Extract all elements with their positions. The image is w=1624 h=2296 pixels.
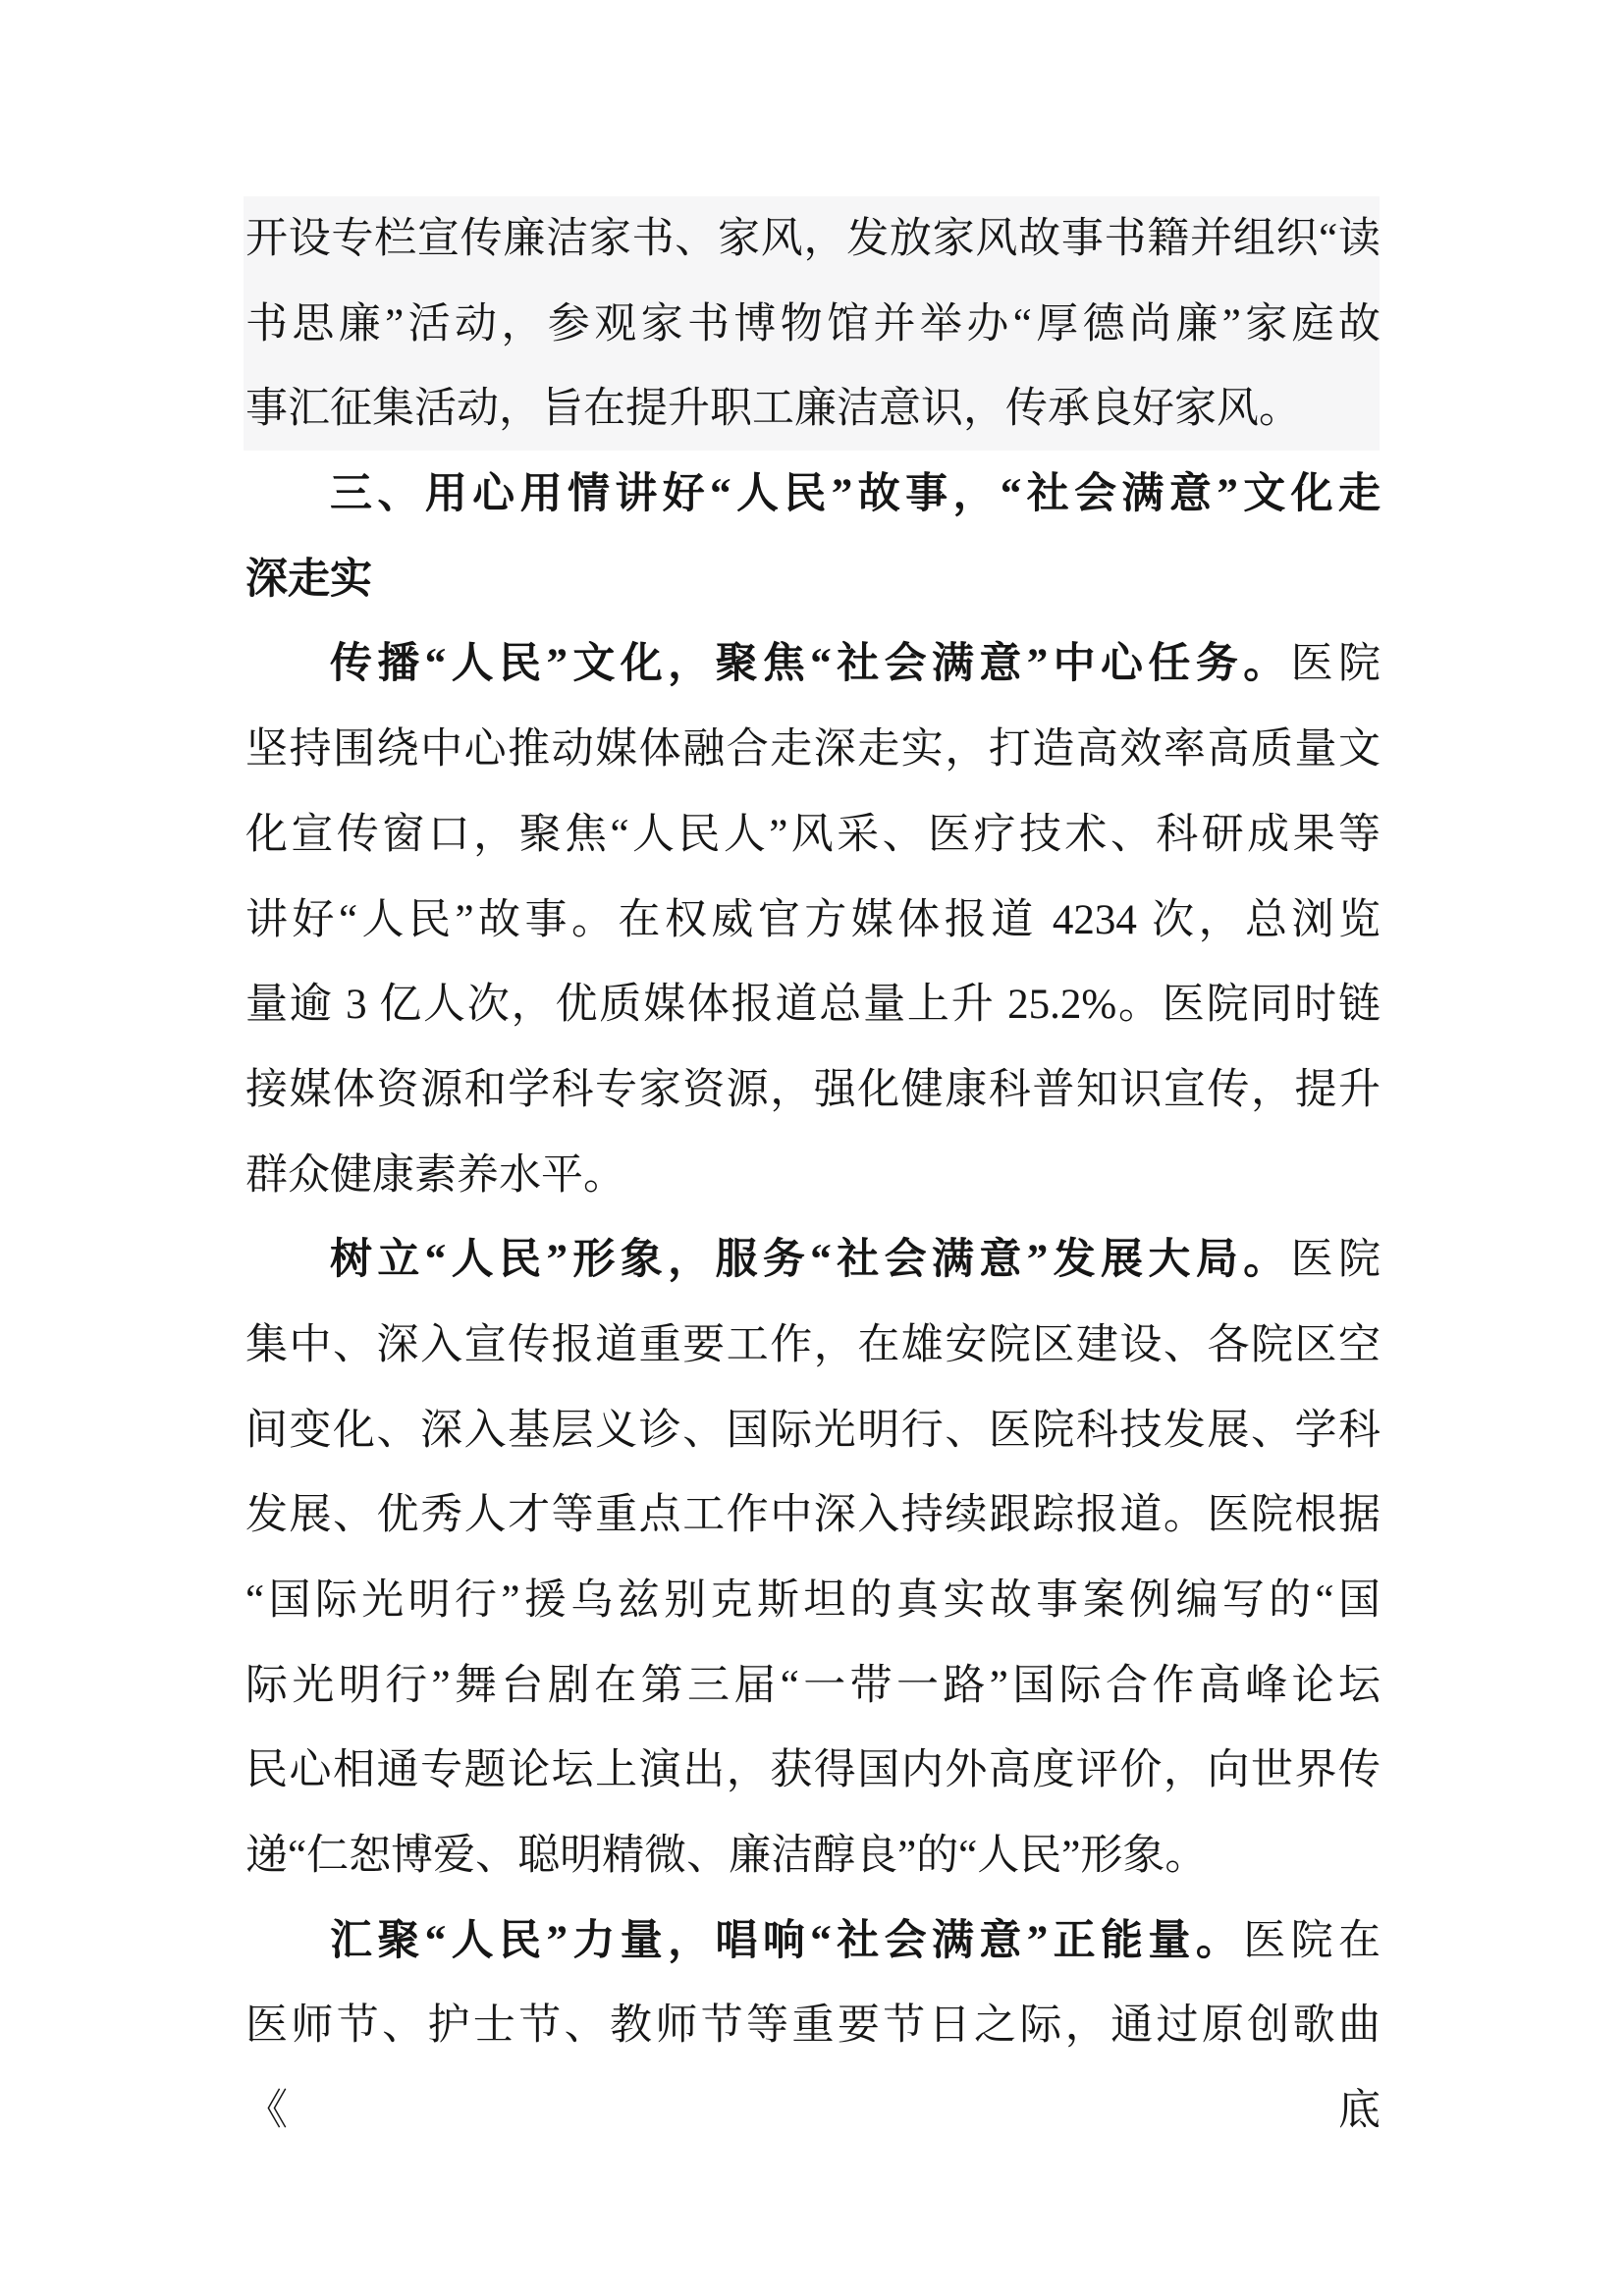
text-line: 坚持围绕中心推动媒体融合走深走实，打造高效率高质量文 bbox=[245, 708, 1380, 793]
text-line: 医师节、护士节、教师节等重要节日之际，通过原创歌曲《底 bbox=[245, 1984, 1380, 2069]
text-run: 民心相通专题论坛上演出，获得国内外高度评价，向世界传 bbox=[245, 1747, 1380, 1793]
text-run-bold: 树立“人民”形象，服务“社会满意”发展大局。 bbox=[330, 1237, 1291, 1283]
text-line: 事汇征集活动，旨在提升职工廉洁意识，传承良好家风。 bbox=[245, 367, 1380, 453]
text-line: 深走实 bbox=[245, 538, 1380, 623]
text-run-bold: 深走实 bbox=[245, 557, 372, 603]
text-run-bold: 汇聚“人民”力量，唱响“社会满意”正能量。 bbox=[330, 1918, 1243, 1964]
text-line: “国际光明行”援乌兹别克斯坦的真实故事案例编写的“国 bbox=[245, 1559, 1380, 1644]
text-run: 坚持围绕中心推动媒体融合走深走实，打造高效率高质量文 bbox=[245, 726, 1380, 773]
text-line: 树立“人民”形象，服务“社会满意”发展大局。医院 bbox=[245, 1218, 1380, 1304]
text-run: 医院 bbox=[1291, 1237, 1380, 1283]
text-line: 间变化、深入基层义诊、国际光明行、医院科技发展、学科 bbox=[245, 1389, 1380, 1474]
text-run: 量逾 3 亿人次，优质媒体报道总量上升 25.2%。医院同时链 bbox=[245, 982, 1380, 1028]
text-run-bold: 传播“人民”文化，聚焦“社会满意”中心任务。 bbox=[330, 641, 1291, 687]
text-line: 开设专栏宣传廉洁家书、家风，发放家风故事书籍并组织“读 bbox=[245, 197, 1380, 283]
text-line: 民心相通专题论坛上演出，获得国内外高度评价，向世界传 bbox=[245, 1729, 1380, 1814]
text-run: 讲好“人民”故事。在权威官方媒体报道 4234 次，总浏览 bbox=[245, 897, 1380, 943]
text-run: 化宣传窗口，聚焦“人民人”风采、医疗技术、科研成果等 bbox=[245, 812, 1380, 858]
text-run: 医院在 bbox=[1243, 1918, 1380, 1964]
text-run: 间变化、深入基层义诊、国际光明行、医院科技发展、学科 bbox=[245, 1408, 1380, 1454]
text-line: 书思廉”活动，参观家书博物馆并举办“厚德尚廉”家庭故 bbox=[245, 283, 1380, 368]
document-page: 开设专栏宣传廉洁家书、家风，发放家风故事书籍并组织“读书思廉”活动，参观家书博物… bbox=[0, 0, 1624, 2296]
document-body: 开设专栏宣传廉洁家书、家风，发放家风故事书籍并组织“读书思廉”活动，参观家书博物… bbox=[245, 197, 1380, 2069]
text-line: 传播“人民”文化，聚焦“社会满意”中心任务。医院 bbox=[245, 622, 1380, 708]
text-line: 接媒体资源和学科专家资源，强化健康科普知识宣传，提升 bbox=[245, 1048, 1380, 1134]
text-run: 医师节、护士节、教师节等重要节日之际，通过原创歌曲《底 bbox=[245, 2002, 1380, 2134]
text-run: 事汇征集活动，旨在提升职工廉洁意识，传承良好家风。 bbox=[245, 386, 1301, 432]
text-run: 书思廉”活动，参观家书博物馆并举办“厚德尚廉”家庭故 bbox=[245, 301, 1380, 347]
text-run: “国际光明行”援乌兹别克斯坦的真实故事案例编写的“国 bbox=[245, 1577, 1380, 1624]
text-line: 递“仁恕博爱、聪明精微、廉洁醇良”的“人民”形象。 bbox=[245, 1814, 1380, 1899]
text-run: 际光明行”舞台剧在第三届“一带一路”国际合作高峰论坛 bbox=[245, 1663, 1380, 1709]
text-line: 集中、深入宣传报道重要工作，在雄安院区建设、各院区空 bbox=[245, 1304, 1380, 1389]
text-run: 接媒体资源和学科专家资源，强化健康科普知识宣传，提升 bbox=[245, 1067, 1380, 1113]
text-run: 递“仁恕博爱、聪明精微、廉洁醇良”的“人民”形象。 bbox=[245, 1833, 1207, 1879]
text-line: 汇聚“人民”力量，唱响“社会满意”正能量。医院在 bbox=[245, 1899, 1380, 1985]
text-run: 发展、优秀人才等重点工作中深入持续跟踪报道。医院根据 bbox=[245, 1492, 1380, 1538]
text-line: 三、用心用情讲好“人民”故事，“社会满意”文化走 bbox=[245, 453, 1380, 538]
text-line: 讲好“人民”故事。在权威官方媒体报道 4234 次，总浏览 bbox=[245, 879, 1380, 964]
text-line: 化宣传窗口，聚焦“人民人”风采、医疗技术、科研成果等 bbox=[245, 793, 1380, 879]
text-line: 发展、优秀人才等重点工作中深入持续跟踪报道。医院根据 bbox=[245, 1473, 1380, 1559]
text-run: 群众健康素养水平。 bbox=[245, 1152, 625, 1199]
text-line: 际光明行”舞台剧在第三届“一带一路”国际合作高峰论坛 bbox=[245, 1644, 1380, 1730]
text-run-bold: 三、用心用情讲好“人民”故事，“社会满意”文化走 bbox=[330, 471, 1380, 517]
text-run: 医院 bbox=[1291, 641, 1380, 687]
text-line: 量逾 3 亿人次，优质媒体报道总量上升 25.2%。医院同时链 bbox=[245, 963, 1380, 1048]
text-run: 集中、深入宣传报道重要工作，在雄安院区建设、各院区空 bbox=[245, 1322, 1380, 1368]
text-run: 开设专栏宣传廉洁家书、家风，发放家风故事书籍并组织“读 bbox=[245, 216, 1380, 262]
text-line: 群众健康素养水平。 bbox=[245, 1134, 1380, 1219]
